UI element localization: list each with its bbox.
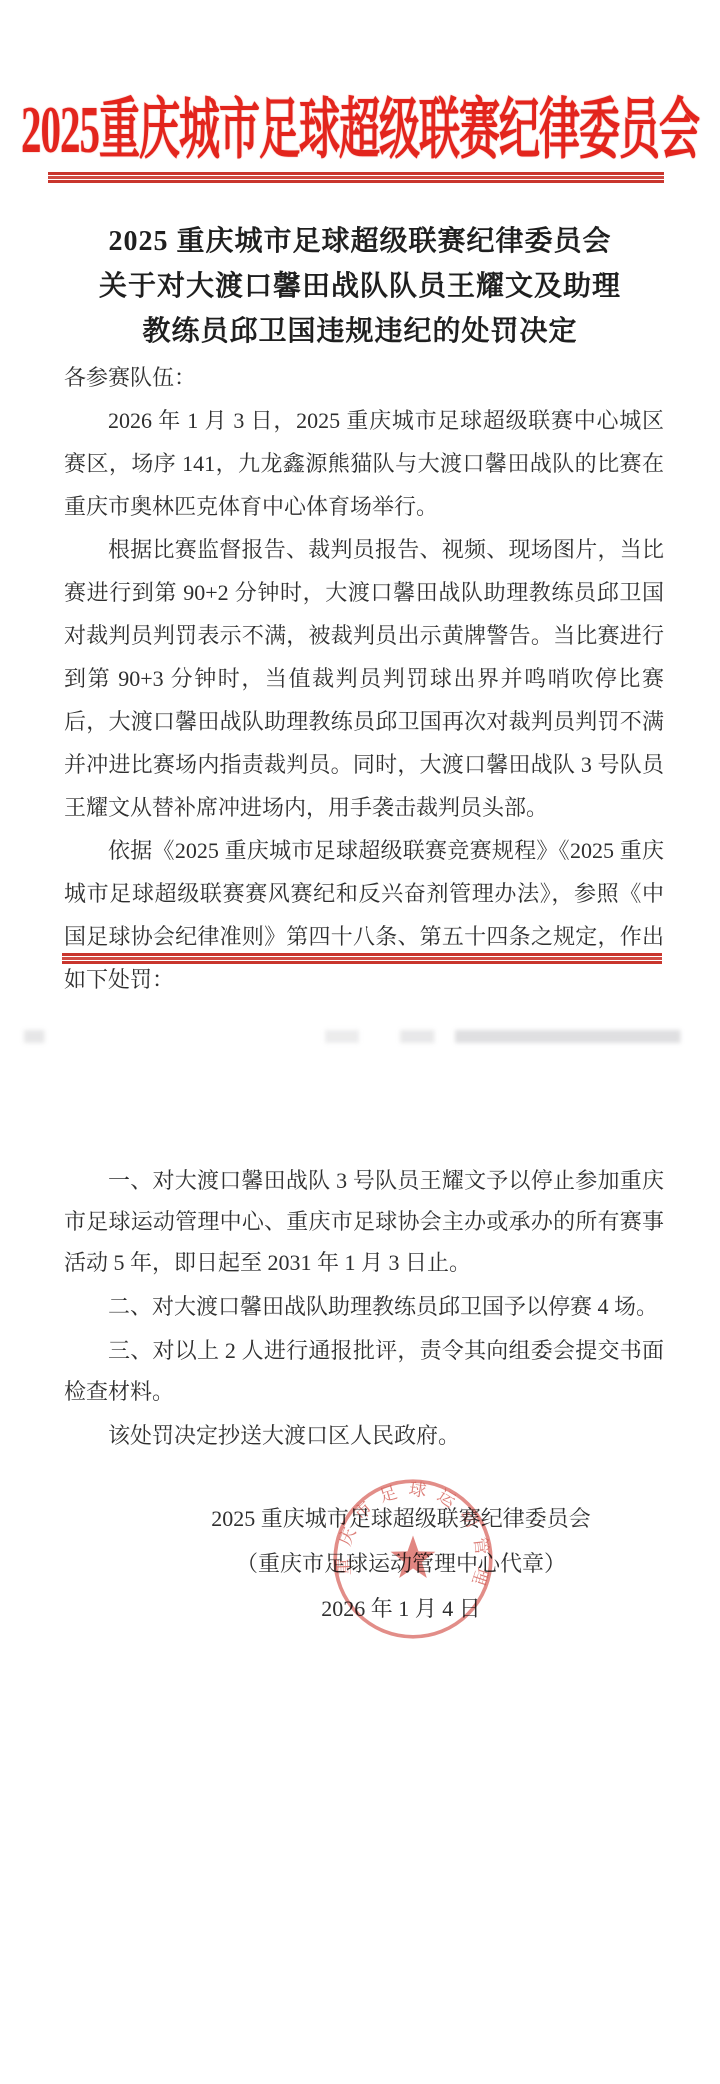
document-title: 2025 重庆城市足球超级联赛纪律委员会 关于对大渡口馨田战队队员王耀文及助理 … — [40, 219, 680, 354]
paragraph-incident: 根据比赛监督报告、裁判员报告、视频、现场图片，当比赛进行到第 90+2 分钟时，… — [64, 528, 664, 829]
scan-page-break-shadow — [24, 1030, 708, 1043]
letterhead-banner: 2025重庆城市足球超级联赛纪律委员会 — [21, 76, 699, 172]
seal-star-icon — [391, 1535, 436, 1578]
penalty-item-1: 一、对大渡口馨田战队 3 号队员王耀文予以停止参加重庆市足球运动管理中心、重庆市… — [64, 1160, 664, 1283]
page-footer-divider — [62, 953, 662, 964]
paragraph-match-info: 2026 年 1 月 3 日，2025 重庆城市足球超级联赛中心城区赛区，场序 … — [64, 399, 664, 528]
official-seal: 重庆市足球运动管理中心 — [326, 1472, 500, 1646]
letterhead-divider — [48, 172, 664, 183]
paragraph-legal-basis: 依据《2025 重庆城市足球超级联赛竞赛规程》《2025 重庆城市足球超级联赛赛… — [64, 829, 664, 1001]
document-title-line-2: 关于对大渡口馨田战队队员王耀文及助理 — [40, 264, 680, 309]
body-page-1: 各参赛队伍： 2026 年 1 月 3 日，2025 重庆城市足球超级联赛中心城… — [64, 356, 664, 1001]
penalty-item-2: 二、对大渡口馨田战队助理教练员邱卫国予以停赛 4 场。 — [64, 1286, 664, 1327]
penalty-item-3: 三、对以上 2 人进行通报批评，责令其向组委会提交书面检查材料。 — [64, 1330, 664, 1412]
svg-text:重庆市足球运动管理中心: 重庆市足球运动管理中心 — [326, 1472, 494, 1597]
document-title-line-3: 教练员邱卫国违规违纪的处罚决定 — [40, 309, 680, 354]
greeting-line: 各参赛队伍： — [64, 356, 664, 399]
cc-line: 该处罚决定抄送大渡口区人民政府。 — [64, 1415, 664, 1456]
seal-arc-text: 重庆市足球运动管理中心 — [326, 1472, 494, 1597]
body-page-2: 一、对大渡口馨田战队 3 号队员王耀文予以停止参加重庆市足球运动管理中心、重庆市… — [64, 1160, 664, 1459]
document-title-line-1: 2025 重庆城市足球超级联赛纪律委员会 — [40, 219, 680, 264]
